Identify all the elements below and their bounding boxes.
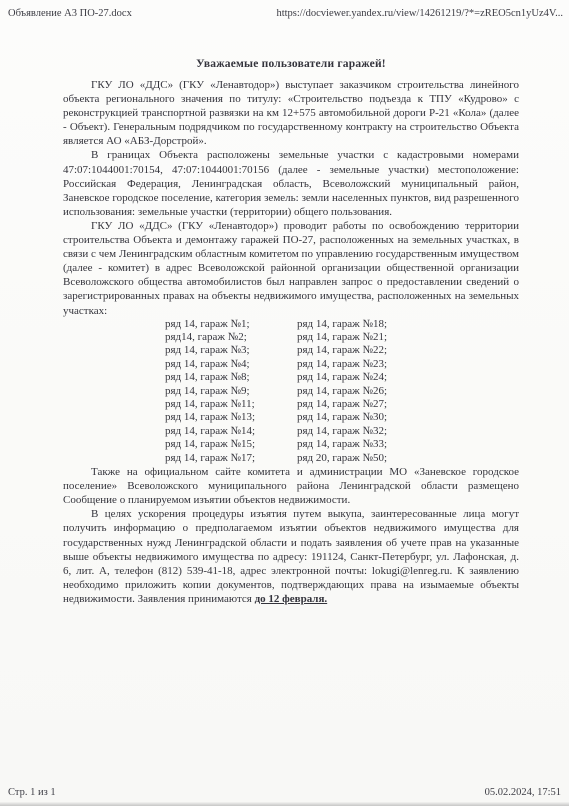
garage-entry-left: ряд 14, гараж №17; bbox=[165, 452, 297, 465]
paragraph-intro: ГКУ ЛО «ДДС» (ГКУ «Ленавтодор») выступае… bbox=[63, 78, 519, 148]
garage-entry-left: ряд 14, гараж №3; bbox=[165, 344, 297, 357]
garage-list-row: ряд 14, гараж №14;ряд 14, гараж №32; bbox=[165, 425, 519, 438]
document-title: Уважаемые пользователи гаражей! bbox=[63, 58, 519, 70]
garage-list-row: ряд 14, гараж №1;ряд 14, гараж №18; bbox=[165, 318, 519, 331]
garage-entry-left: ряд 14, гараж №15; bbox=[165, 438, 297, 451]
garage-entry-left: ряд 14, гараж №11; bbox=[165, 398, 297, 411]
garage-entry-right: ряд 14, гараж №21; bbox=[297, 331, 387, 344]
deadline-text: до 12 февраля. bbox=[255, 593, 328, 605]
garage-entry-left: ряд 14, гараж №13; bbox=[165, 411, 297, 424]
page-counter: Стр. 1 из 1 bbox=[8, 787, 56, 798]
garage-entry-left: ряд 14, гараж №4; bbox=[165, 358, 297, 371]
garage-entry-left: ряд 14, гараж №14; bbox=[165, 425, 297, 438]
garage-list-row: ряд 14, гараж №8;ряд 14, гараж №24; bbox=[165, 371, 519, 384]
document-body: Уважаемые пользователи гаражей! ГКУ ЛО «… bbox=[63, 58, 519, 606]
garage-entry-left: ряд 14, гараж №8; bbox=[165, 371, 297, 384]
garage-list-row: ряд 14, гараж №15;ряд 14, гараж №33; bbox=[165, 438, 519, 451]
garage-entry-right: ряд 14, гараж №27; bbox=[297, 398, 387, 411]
garage-list-row: ряд 14, гараж №11;ряд 14, гараж №27; bbox=[165, 398, 519, 411]
garage-entry-right: ряд 14, гараж №23; bbox=[297, 358, 387, 371]
garage-list-row: ряд 14, гараж №17;ряд 20, гараж №50; bbox=[165, 452, 519, 465]
garage-entry-right: ряд 14, гараж №26; bbox=[297, 385, 387, 398]
garage-entry-right: ряд 14, гараж №18; bbox=[297, 318, 387, 331]
scan-bottom-edge bbox=[0, 802, 569, 806]
garage-entry-right: ряд 14, гараж №30; bbox=[297, 411, 387, 424]
garage-entry-left: ряд 14, гараж №9; bbox=[165, 385, 297, 398]
paragraph-closing: В целях ускорения процедуры изъятия путе… bbox=[63, 507, 519, 606]
garage-entry-left: ряд14, гараж №2; bbox=[165, 331, 297, 344]
garage-list-row: ряд 14, гараж №13;ряд 14, гараж №30; bbox=[165, 411, 519, 424]
garage-entry-left: ряд 14, гараж №1; bbox=[165, 318, 297, 331]
garage-entry-right: ряд 20, гараж №50; bbox=[297, 452, 387, 465]
garage-list-row: ряд 14, гараж №9;ряд 14, гараж №26; bbox=[165, 385, 519, 398]
garage-list-row: ряд14, гараж №2;ряд 14, гараж №21; bbox=[165, 331, 519, 344]
paragraph-land-plots: В границах Объекта расположены земельные… bbox=[63, 148, 519, 218]
paragraph-website-notice: Также на официальном сайте комитета и ад… bbox=[63, 465, 519, 507]
garage-entry-right: ряд 14, гараж №33; bbox=[297, 438, 387, 451]
closing-text: В целях ускорения процедуры изъятия путе… bbox=[63, 508, 519, 605]
document-url: https://docviewer.yandex.ru/view/1426121… bbox=[276, 8, 563, 19]
paragraph-demolition: ГКУ ЛО «ДДС» (ГКУ «Ленавтодор») проводит… bbox=[63, 219, 519, 318]
garage-list-row: ряд 14, гараж №4;ряд 14, гараж №23; bbox=[165, 358, 519, 371]
print-footer: Стр. 1 из 1 05.02.2024, 17:51 bbox=[8, 787, 561, 798]
garage-entry-right: ряд 14, гараж №24; bbox=[297, 371, 387, 384]
print-timestamp: 05.02.2024, 17:51 bbox=[485, 787, 561, 798]
document-filename: Объявление А3 ПО-27.docx bbox=[8, 8, 132, 19]
garage-entry-right: ряд 14, гараж №32; bbox=[297, 425, 387, 438]
print-header: Объявление А3 ПО-27.docx https://docview… bbox=[8, 8, 563, 19]
garage-list-row: ряд 14, гараж №3;ряд 14, гараж №22; bbox=[165, 344, 519, 357]
garage-entry-right: ряд 14, гараж №22; bbox=[297, 344, 387, 357]
garage-list: ряд 14, гараж №1;ряд 14, гараж №18;ряд14… bbox=[165, 318, 519, 465]
